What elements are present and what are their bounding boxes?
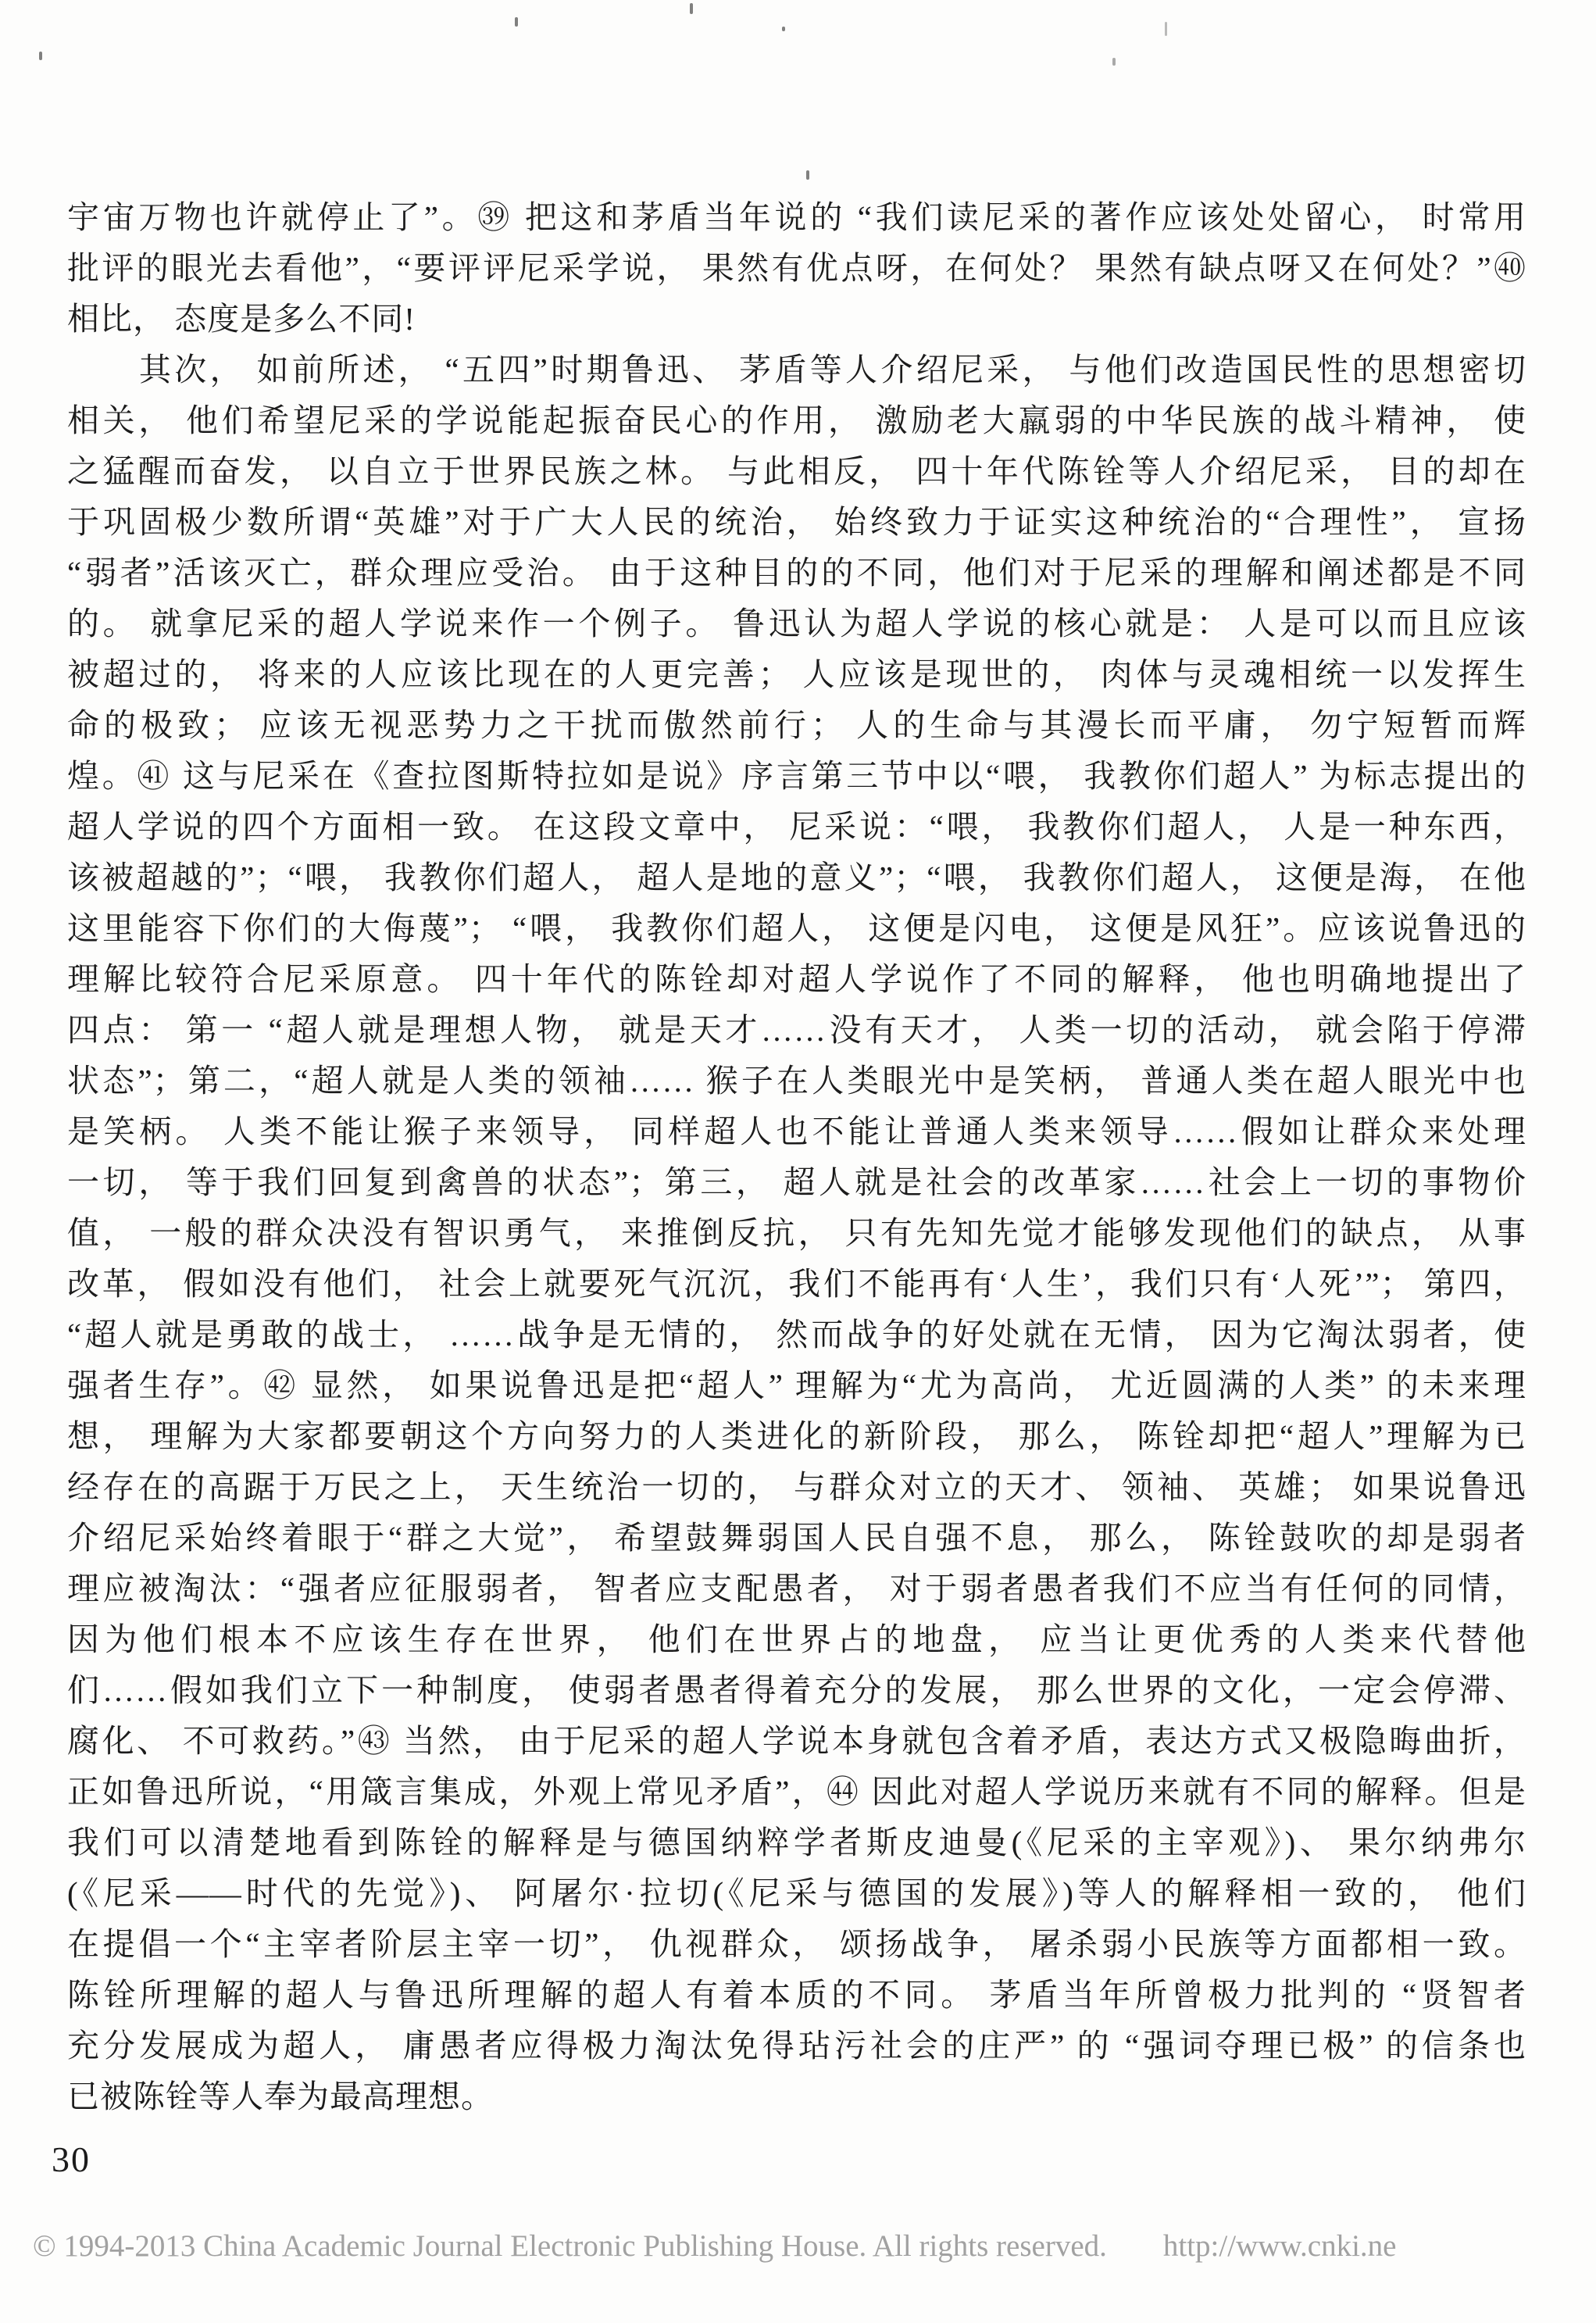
body-text: 宇宙万物也许就停止了”。㊴ 把这和茅盾当年说的 “我们读尼采的著作应该处处留心，…	[67, 192, 1526, 2122]
text-line: 陈铨所理解的超人与鲁迅所理解的超人有着本质的不同。 茅盾当年所曾极力批判的 “贤…	[67, 1970, 1526, 2021]
scan-speckle	[515, 17, 518, 27]
text-line: 改革， 假如没有他们， 社会上就要死气沉沉，我们不能再有‘人生’，我们只有‘人死…	[67, 1259, 1526, 1310]
text-line: “超人就是勇敢的战士， ……战争是无情的， 然而战争的好处就在无情， 因为它淘汰…	[67, 1310, 1526, 1360]
text-line: 四点： 第一 “超人就是理想人物， 就是天才……没有天才， 人类一切的活动， 就…	[67, 1005, 1526, 1056]
text-line: 批评的眼光去看他”，“要评评尼采学说， 果然有优点呀，在何处？ 果然有缺点呀又在…	[67, 243, 1526, 294]
scanned-page: 宇宙万物也许就停止了”。㊴ 把这和茅盾当年说的 “我们读尼采的著作应该处处留心，…	[0, 0, 1596, 2323]
text-line: 强者生存”。㊷ 显然， 如果说鲁迅是把“超人” 理解为“尤为高尚， 尤近圆满的人…	[67, 1360, 1526, 1411]
text-line: 腐化、 不可救药。”㊸ 当然， 由于尼采的超人学说本身就包含着矛盾，表达方式又极…	[67, 1716, 1526, 1767]
footer: © 1994-2013 China Academic Journal Elect…	[33, 2228, 1596, 2264]
scan-speckle	[782, 27, 785, 31]
text-line: 在提倡一个“主宰者阶层主宰一切”， 仇视群众， 颂扬战争， 屠杀弱小民族等方面都…	[67, 1919, 1526, 1970]
text-line: 充分发展成为超人， 庸愚者应得极力淘汰免得玷污社会的庄严” 的 “强词夺理已极”…	[67, 2021, 1526, 2071]
text-line: 们……假如我们立下一种制度， 使弱者愚者得着充分的发展， 那么世界的文化，一定会…	[67, 1665, 1526, 1716]
text-line: 理解比较符合尼采原意。 四十年代的陈铨却对超人学说作了不同的解释， 他也明确地提…	[67, 954, 1526, 1005]
text-line: 这里能容下你们的大侮蔑”； “喂， 我教你们超人， 这便是闪电， 这便是风狂”。…	[67, 903, 1526, 954]
text-line: 之猛醒而奋发， 以自立于世界民族之林。 与此相反， 四十年代陈铨等人介绍尼采， …	[67, 446, 1526, 497]
text-line: 经存在的高踞于万民之上， 天生统治一切的， 与群众对立的天才、 领袖、 英雄； …	[67, 1462, 1526, 1513]
text-line: (《尼采——时代的先觉》)、 阿屠尔·拉切(《尼采与德国的发展》)等人的解释相一…	[67, 1868, 1526, 1919]
text-line: 理应被淘汰：“强者应征服弱者， 智者应支配愚者， 对于弱者愚者我们不应当有任何的…	[67, 1564, 1526, 1614]
footer-copyright: © 1994-2013 China Academic Journal Elect…	[33, 2229, 1107, 2263]
text-line: 值， 一般的群众决没有智识勇气， 来推倒反抗， 只有先知先觉才能够发现他们的缺点…	[67, 1208, 1526, 1259]
text-line: 介绍尼采始终着眼于“群之大觉”， 希望鼓舞弱国人民自强不息， 那么， 陈铨鼓吹的…	[67, 1513, 1526, 1564]
text-line: 想， 理解为大家都要朝这个方向努力的人类进化的新阶段， 那么， 陈铨却把“超人”…	[67, 1411, 1526, 1462]
text-line: 相比， 态度是多么不同!	[67, 294, 1526, 345]
text-line: 一切， 等于我们回复到禽兽的状态”；第三， 超人就是社会的改革家……社会上一切的…	[67, 1157, 1526, 1208]
page-number: 30	[52, 2139, 91, 2180]
scan-speckle	[806, 170, 809, 180]
scan-speckle	[1165, 22, 1167, 36]
scan-speckle	[39, 52, 42, 60]
text-line: 已被陈铨等人奉为最高理想。	[67, 2071, 1526, 2122]
text-line: 因为他们根本不应该生存在世界， 他们在世界占的地盘， 应当让更优秀的人类来代替他	[67, 1614, 1526, 1665]
text-line: 该被超越的”；“喂， 我教你们超人， 超人是地的意义”；“喂， 我教你们超人， …	[67, 852, 1526, 903]
text-line: 其次， 如前所述， “五四”时期鲁迅、 茅盾等人介绍尼采， 与他们改造国民性的思…	[67, 345, 1526, 395]
text-line: 煌。㊶ 这与尼采在《查拉图斯特拉如是说》序言第三节中以“喂， 我教你们超人” 为…	[67, 751, 1526, 802]
text-line: 超人学说的四个方面相一致。 在这段文章中， 尼采说：“喂， 我教你们超人， 人是…	[67, 802, 1526, 852]
text-line: “弱者”活该灭亡，群众理应受治。 由于这种目的的不同，他们对于尼采的理解和阐述都…	[67, 548, 1526, 599]
text-line: 于巩固极少数所谓“英雄”对于广大人民的统治， 始终致力于证实这种统治的“合理性”…	[67, 497, 1526, 548]
text-line: 相关， 他们希望尼采的学说能起振奋民心的作用， 激励老大羸弱的中华民族的战斗精神…	[67, 395, 1526, 446]
scan-speckle	[1112, 58, 1116, 66]
text-line: 状态”；第二，“超人就是人类的领袖…… 猴子在人类眼光中是笑柄， 普通人类在超人…	[67, 1056, 1526, 1106]
text-line: 命的极致； 应该无视恶势力之干扰而傲然前行； 人的生命与其漫长而平庸， 勿宁短暂…	[67, 700, 1526, 751]
text-line: 是笑柄。 人类不能让猴子来领导， 同样超人也不能让普通人类来领导……假如让群众来…	[67, 1106, 1526, 1157]
text-line: 的。 就拿尼采的超人学说来作一个例子。 鲁迅认为超人学说的核心就是： 人是可以而…	[67, 599, 1526, 649]
text-line: 正如鲁迅所说，“用箴言集成，外观上常见矛盾”，㊹ 因此对超人学说历来就有不同的解…	[67, 1767, 1526, 1817]
text-line: 我们可以清楚地看到陈铨的解释是与德国纳粹学者斯皮迪曼(《尼采的主宰观》)、 果尔…	[67, 1817, 1526, 1868]
text-line: 被超过的， 将来的人应该比现在的人更完善； 人应该是现世的， 肉体与灵魂相统一以…	[67, 649, 1526, 700]
scan-speckle	[690, 3, 693, 14]
footer-url: http://www.cnki.ne	[1163, 2229, 1397, 2263]
text-line: 宇宙万物也许就停止了”。㊴ 把这和茅盾当年说的 “我们读尼采的著作应该处处留心，…	[67, 192, 1526, 243]
